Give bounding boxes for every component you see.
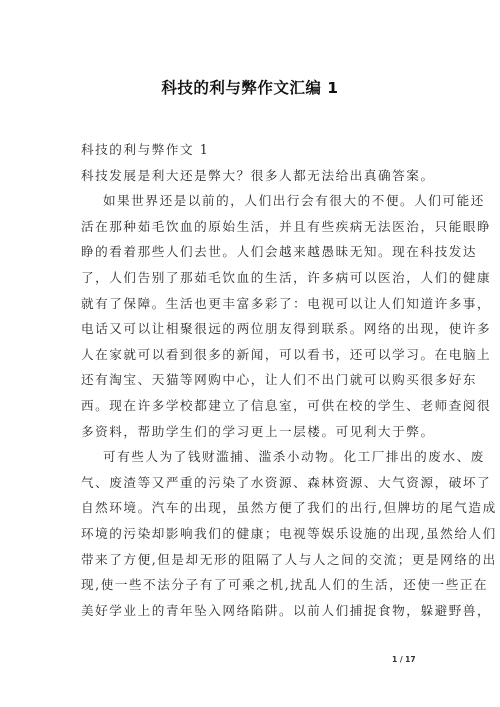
paragraph-start-line: 可有些人为了钱财滥捕、滥杀小动物。化工厂排出的废水、废: [81, 444, 423, 470]
document-page: 科技的利与弊作文汇编 1 科技的利与弊作文 1 科技发展是利大还是弊大？很多人都…: [0, 0, 500, 707]
text-line: 气、废渣等又严重的污染了水资源、森林资源、大气资源，破坏了: [81, 470, 423, 496]
text-line: 电话又可以让相聚很远的两位朋友得到联系。网络的出现，使许多: [81, 316, 423, 342]
text-line: 多资料，帮助学生们的学习更上一层楼。可见利大于弊。: [81, 419, 423, 445]
text-line: 人在家就可以看到很多的新闻，可以看书，还可以学习。在电脑上: [81, 342, 423, 368]
page-number: 1 / 17: [392, 655, 416, 664]
text-line: 美好学业上的青年坠入网络陷阱。以前人们捕捉食物，躲避野兽，: [81, 598, 423, 624]
heading-line: 科技的利与弊作文 1: [81, 137, 423, 163]
text-line: 还有淘宝、天猫等网购中心，让人们不出门就可以购买很多好东: [81, 367, 423, 393]
text-line: 了，人们告别了那茹毛饮血的生活，许多病可以医治，人们的健康: [81, 265, 423, 291]
document-title: 科技的利与弊作文汇编 1: [0, 76, 500, 98]
text-line: 环境的污染却影响我们的健康；电视等娱乐设施的出现,虽然给人们: [81, 521, 423, 547]
text-line: 自然环境。汽车的出现，虽然方便了我们的出行,但牌坊的尾气造成: [81, 495, 423, 521]
text-line: 就有了保障。生活也更丰富多彩了：电视可以让人们知道许多事，: [81, 291, 423, 317]
text-line: 带来了方便,但是却无形的阻隔了人与人之间的交流；更是网络的出: [81, 547, 423, 573]
document-body: 科技的利与弊作文 1 科技发展是利大还是弊大？很多人都无法给出真确答案。 如果世…: [81, 137, 423, 623]
text-line: 活在那种茹毛饮血的原始生活，并且有些疾病无法医治，只能眼睁: [81, 214, 423, 240]
text-line: 睁的看着那些人们去世。人们会越来越愚昧无知。现在科技发达: [81, 239, 423, 265]
text-line: 西。现在许多学校都建立了信息室，可供在校的学生、老师查阅很: [81, 393, 423, 419]
paragraph-start-line: 如果世界还是以前的，人们出行会有很大的不便。人们可能还: [81, 188, 423, 214]
text-line: 科技发展是利大还是弊大？很多人都无法给出真确答案。: [81, 163, 423, 189]
text-line: 现,使一些不法分子有了可乘之机,扰乱人们的生活，还使一些正在: [81, 572, 423, 598]
